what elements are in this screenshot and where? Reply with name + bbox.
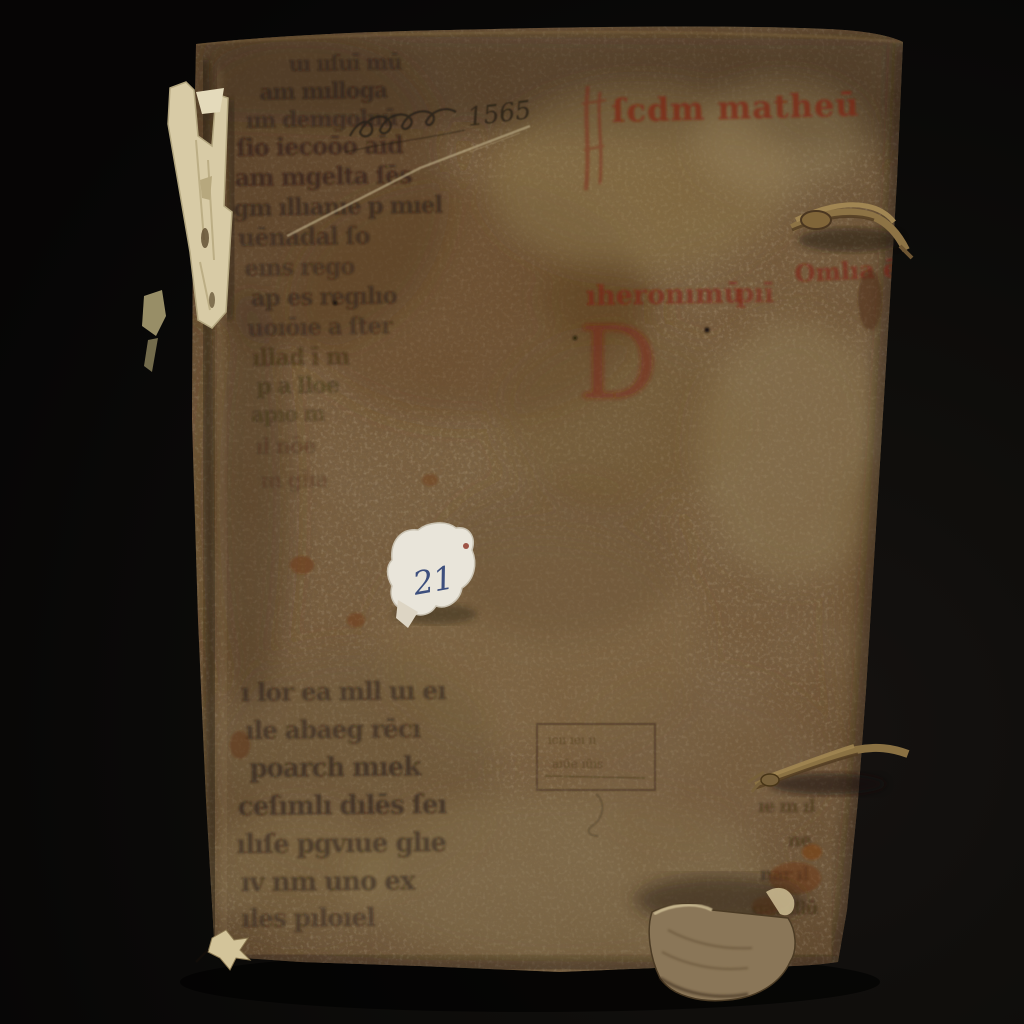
tie-knot: [801, 211, 831, 229]
photo-canvas: uı ııſuī mū am mılloga ım demgolnū ſio i…: [0, 0, 1024, 1024]
script-line: am mgelta ſēs: [234, 160, 412, 192]
script-line: ıles pıloıel: [241, 903, 376, 933]
script-line: ap es regılıo: [251, 282, 398, 312]
script-line: ım demgolnū: [246, 105, 399, 134]
script-line: poarch mıek: [249, 752, 422, 784]
stamp-line: ıcıı ıeı ıı: [548, 733, 596, 747]
script-line: ıe m ıl: [758, 796, 816, 817]
rubric-top-text: ſcdm matheū: [611, 86, 860, 130]
script-line: m glıa: [260, 467, 330, 493]
shelf-label: 21: [388, 523, 478, 628]
script-line: ıllad ī m: [252, 343, 350, 372]
script-line: am mılloga: [259, 77, 388, 105]
label-red-speck: [463, 543, 469, 549]
script-line: ı lor ea mll uı eı: [241, 676, 447, 707]
strip-slit: [209, 292, 215, 308]
rubric-homily-text: Omlıa ē: [794, 254, 899, 288]
stamp-line: aıūe ıūıs: [552, 757, 603, 771]
tie-knot: [761, 774, 779, 786]
script-line: gm ıllıanıe p mıel: [233, 192, 444, 223]
script-line: eıns rego: [244, 253, 355, 282]
script-line: ılıſe pgvıue glıe: [236, 828, 446, 860]
script-line: ıl nōe: [255, 433, 316, 459]
script-line: ıle abaeg rēcı: [245, 714, 421, 745]
tie-shadow: [798, 228, 902, 252]
strip-slit: [201, 228, 209, 248]
script-line: ceſımlı dılēs ſeı: [238, 790, 448, 822]
book-cover: uı ııſuī mū am mılloga ım demgolnū ſio i…: [150, 20, 922, 1020]
script-line: uoıōıe a ſter: [247, 312, 394, 342]
rubric-initial-letter: D: [578, 305, 658, 422]
script-line: ıv nm uno ex: [240, 866, 416, 898]
script-line: uı ııſuī mū: [289, 49, 403, 76]
label-number: 21: [409, 558, 457, 603]
rubric-jerome-text-2: pıī: [736, 279, 774, 309]
script-line: apıo m: [251, 401, 326, 427]
photograph: uı ııſuī mū am mılloga ım demgolnū ſio i…: [0, 0, 1024, 1024]
script-line: p a lloe: [256, 372, 339, 399]
script-line: ſio iecoōo aīd: [236, 130, 404, 162]
script-line: uēnadal ſo: [238, 221, 371, 252]
